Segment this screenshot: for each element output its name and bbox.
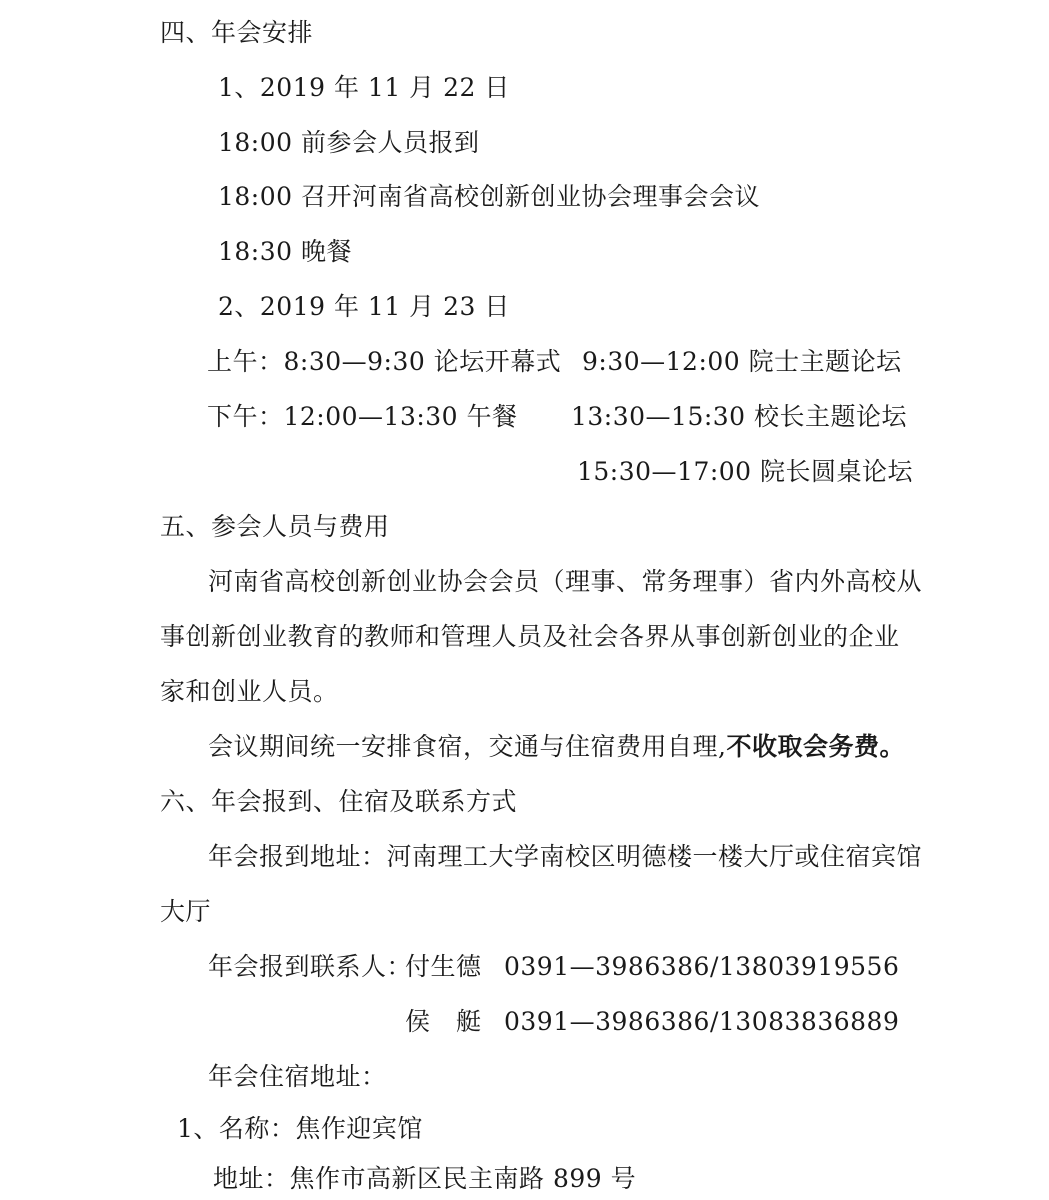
schedule-item: 9:30—12:00 院士主题论坛 <box>582 346 902 378</box>
paragraph-line: 河南省高校创新创业协会会员（理事、常务理事）省内外高校从 <box>208 566 922 598</box>
fee-paragraph: 会议期间统一安排食宿，交通与住宿费用自理,不收取会务费。 <box>208 731 905 763</box>
schedule-item: 13:30—15:30 校长主题论坛 <box>571 401 907 433</box>
schedule-item: 15:30—17:00 院长圆桌论坛 <box>577 456 913 488</box>
schedule-item: 下午：12:00—13:30 午餐 <box>207 401 518 433</box>
contact-label: 年会报到联系人： <box>208 951 412 983</box>
contact-name: 付生德 <box>405 951 482 983</box>
no-fee-text: 不收取会务费。 <box>726 732 905 761</box>
day-2-title: 2、2019 年 11 月 23 日 <box>218 291 510 323</box>
registration-address: 年会报到地址：河南理工大学南校区明德楼一楼大厅或住宿宾馆 <box>208 841 922 873</box>
schedule-item: 上午：8:30—9:30 论坛开幕式 <box>207 346 561 378</box>
lodging-label: 年会住宿地址： <box>208 1061 387 1093</box>
schedule-item: 18:00 召开河南省高校创新创业协会理事会会议 <box>218 181 760 213</box>
contact-name: 侯 艇 <box>405 1006 482 1038</box>
schedule-item: 18:00 前参会人员报到 <box>218 127 480 159</box>
schedule-item: 18:30 晚餐 <box>218 236 352 268</box>
paragraph-line: 事创新创业教育的教师和管理人员及社会各界从事创新创业的企业 <box>160 621 900 653</box>
section-4-heading: 四、年会安排 <box>160 17 313 49</box>
hotel-name: 1、名称：焦作迎宾馆 <box>177 1113 423 1145</box>
contact-phone: 0391—3986386/13083836889 <box>504 1006 899 1038</box>
paragraph-line: 家和创业人员。 <box>160 676 339 708</box>
day-1-title: 1、2019 年 11 月 22 日 <box>218 72 510 104</box>
contact-phone: 0391—3986386/13803919556 <box>504 951 899 983</box>
section-5-heading: 五、参会人员与费用 <box>160 511 390 543</box>
registration-address-cont: 大厅 <box>160 896 211 928</box>
fee-text: 会议期间统一安排食宿，交通与住宿费用自理, <box>208 732 726 761</box>
hotel-address: 地址：焦作市高新区民主南路 899 号 <box>213 1163 636 1195</box>
section-6-heading: 六、年会报到、住宿及联系方式 <box>160 786 517 818</box>
